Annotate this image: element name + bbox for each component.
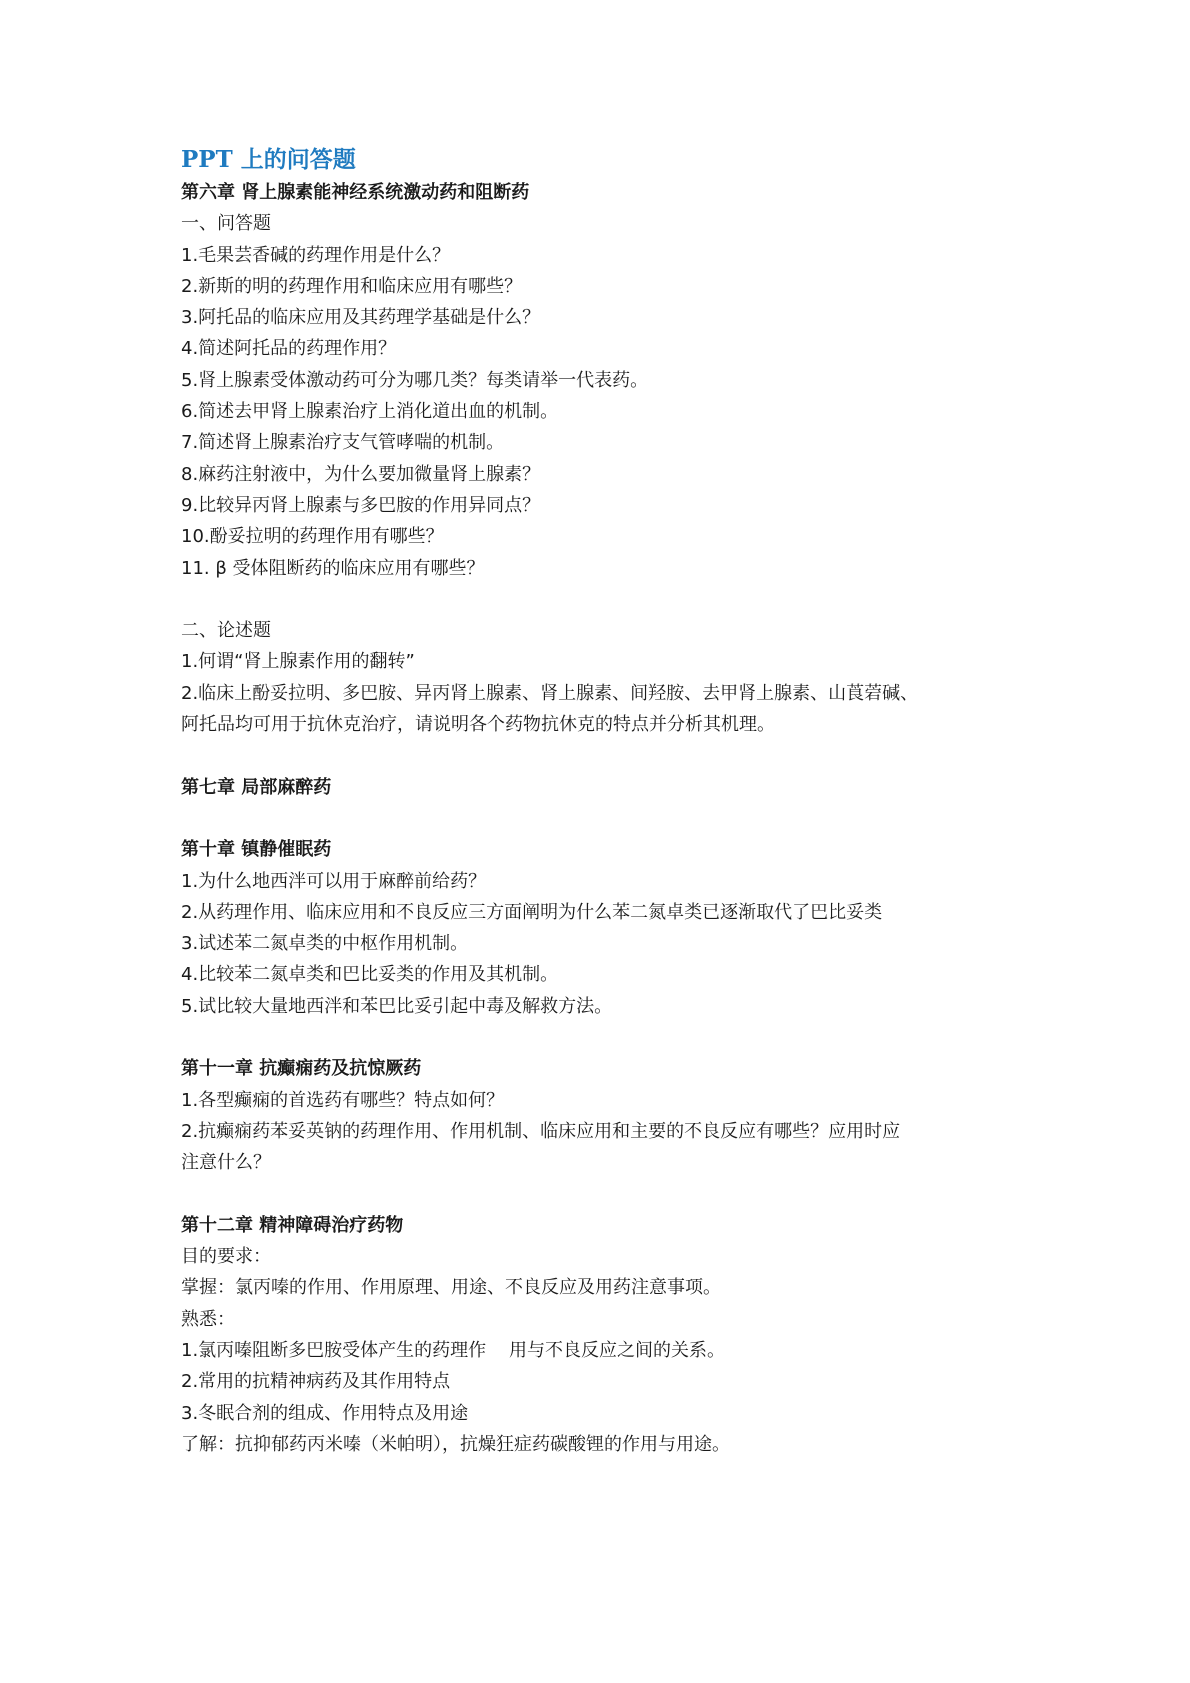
document-title: PPT 上的问答题 xyxy=(181,143,1031,177)
question-item: 1.各型癫痫的首选药有哪些？特点如何？ xyxy=(181,1085,1031,1116)
essay-item-continuation: 阿托品均可用于抗休克治疗，请说明各个药物抗休克的特点并分析其机理。 xyxy=(181,709,1031,740)
understand-requirement: 了解：抗抑郁药丙米嗪（米帕明），抗燥狂症药碳酸锂的作用与用途。 xyxy=(181,1429,1031,1460)
chapter-heading: 第十一章 抗癫痫药及抗惊厥药 xyxy=(181,1053,1031,1084)
objectives-label: 目的要求： xyxy=(181,1241,1031,1272)
question-item: 2.新斯的明的药理作用和临床应用有哪些？ xyxy=(181,271,1031,302)
question-item: 6.简述去甲肾上腺素治疗上消化道出血的机制。 xyxy=(181,396,1031,427)
chapter-12: 第十二章 精神障碍治疗药物 目的要求： 掌握：氯丙嗪的作用、作用原理、用途、不良… xyxy=(181,1210,1031,1460)
essay-item: 2.临床上酚妥拉明、多巴胺、异丙肾上腺素、肾上腺素、间羟胺、去甲肾上腺素、山莨菪… xyxy=(181,678,1031,709)
blank-line xyxy=(181,803,1031,834)
question-item: 9.比较异丙肾上腺素与多巴胺的作用异同点？ xyxy=(181,490,1031,521)
question-item: 7.简述肾上腺素治疗支气管哮喘的机制。 xyxy=(181,427,1031,458)
blank-line xyxy=(181,740,1031,771)
familiar-item: 3.冬眠合剂的组成、作用特点及用途 xyxy=(181,1398,1031,1429)
question-item: 1.毛果芸香碱的药理作用是什么？ xyxy=(181,240,1031,271)
question-item: 1.为什么地西泮可以用于麻醉前给药？ xyxy=(181,866,1031,897)
familiar-item: 1.氯丙嗪阻断多巴胺受体产生的药理作 用与不良反应之间的关系。 xyxy=(181,1335,1031,1366)
section-heading: 一、问答题 xyxy=(181,208,1031,239)
question-item: 3.阿托品的临床应用及其药理学基础是什么？ xyxy=(181,302,1031,333)
question-item: 2.抗癫痫药苯妥英钠的药理作用、作用机制、临床应用和主要的不良反应有哪些？应用时… xyxy=(181,1116,1031,1147)
document-page: PPT 上的问答题 第六章 肾上腺素能神经系统激动药和阻断药 一、问答题 1.毛… xyxy=(181,143,1031,1460)
chapter-10: 第十章 镇静催眠药 1.为什么地西泮可以用于麻醉前给药？ 2.从药理作用、临床应… xyxy=(181,834,1031,1053)
chapter-7: 第七章 局部麻醉药 xyxy=(181,772,1031,835)
question-item: 4.比较苯二氮卓类和巴比妥类的作用及其机制。 xyxy=(181,959,1031,990)
blank-line xyxy=(181,1022,1031,1053)
question-item: 10.酚妥拉明的药理作用有哪些？ xyxy=(181,521,1031,552)
blank-line xyxy=(181,584,1031,615)
chapter-11: 第十一章 抗癫痫药及抗惊厥药 1.各型癫痫的首选药有哪些？特点如何？ 2.抗癫痫… xyxy=(181,1053,1031,1209)
question-item: 5.试比较大量地西泮和苯巴比妥引起中毒及解救方法。 xyxy=(181,991,1031,1022)
question-item: 11. β 受体阻断药的临床应用有哪些？ xyxy=(181,553,1031,584)
familiar-item: 2.常用的抗精神病药及其作用特点 xyxy=(181,1366,1031,1397)
essay-item: 1.何谓“肾上腺素作用的翻转” xyxy=(181,646,1031,677)
chapter-heading: 第十章 镇静催眠药 xyxy=(181,834,1031,865)
chapter-6: 第六章 肾上腺素能神经系统激动药和阻断药 一、问答题 1.毛果芸香碱的药理作用是… xyxy=(181,177,1031,772)
chapter-heading: 第七章 局部麻醉药 xyxy=(181,772,1031,803)
question-item-continuation: 注意什么？ xyxy=(181,1147,1031,1178)
blank-line xyxy=(181,1179,1031,1210)
familiar-label: 熟悉： xyxy=(181,1304,1031,1335)
question-item: 2.从药理作用、临床应用和不良反应三方面阐明为什么苯二氮卓类已逐渐取代了巴比妥类 xyxy=(181,897,1031,928)
question-item: 3.试述苯二氮卓类的中枢作用机制。 xyxy=(181,928,1031,959)
master-requirement: 掌握：氯丙嗪的作用、作用原理、用途、不良反应及用药注意事项。 xyxy=(181,1272,1031,1303)
question-item: 8.麻药注射液中，为什么要加微量肾上腺素？ xyxy=(181,459,1031,490)
chapter-heading: 第十二章 精神障碍治疗药物 xyxy=(181,1210,1031,1241)
question-item: 5.肾上腺素受体激动药可分为哪几类？每类请举一代表药。 xyxy=(181,365,1031,396)
section-heading: 二、论述题 xyxy=(181,615,1031,646)
question-item: 4.简述阿托品的药理作用？ xyxy=(181,333,1031,364)
chapter-heading: 第六章 肾上腺素能神经系统激动药和阻断药 xyxy=(181,177,1031,208)
